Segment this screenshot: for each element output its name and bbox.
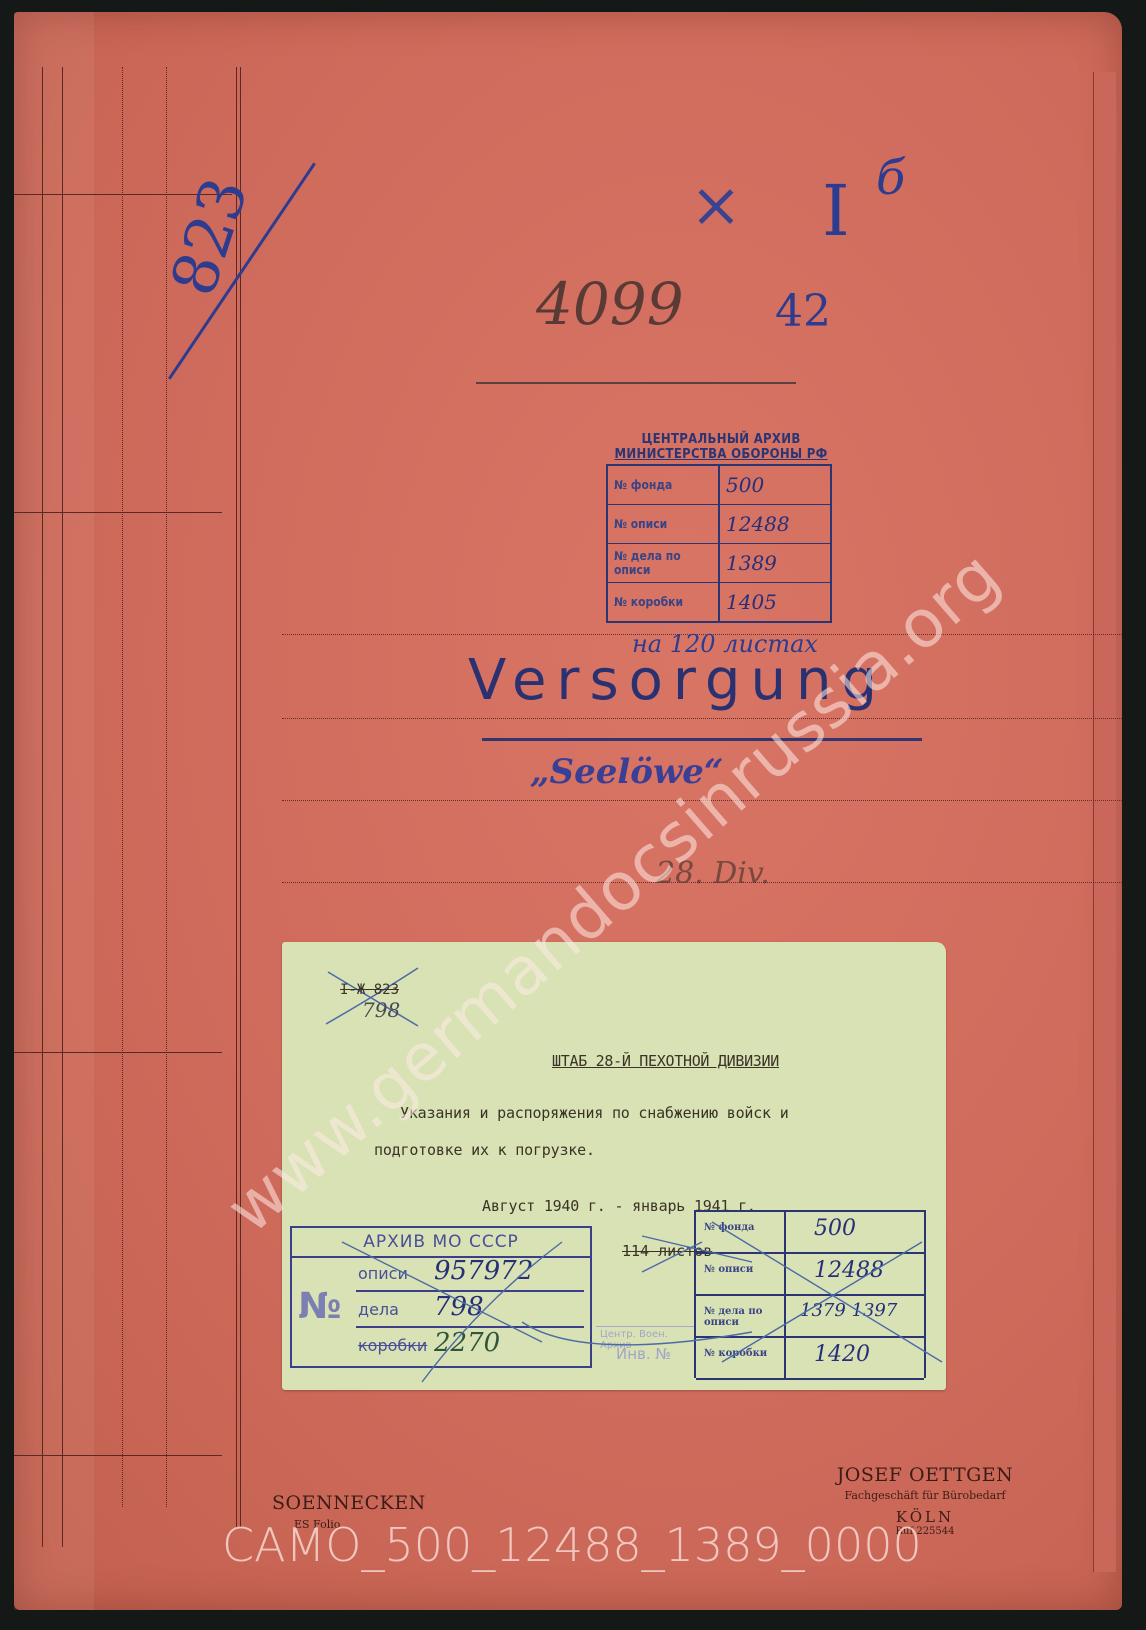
stamp-row: коробки 2270 (356, 1328, 584, 1362)
inventory-stamp: Центр. Воен. Архив Инв. № (596, 1326, 696, 1363)
stamp-label: описи (358, 1264, 408, 1283)
stamp-label: № дела по описи (607, 544, 719, 583)
stamp-value: 1420 (814, 1342, 870, 1367)
stamp-row: № фонда 500 (607, 465, 831, 505)
card-description-line2: подготовке их к погрузке. (374, 1141, 595, 1159)
rule-line (14, 512, 222, 513)
stamp-label: коробки (358, 1336, 427, 1355)
rule-line (240, 67, 241, 1527)
stamp-value: 1379 1397 (800, 1300, 897, 1321)
blue-number: 42 (775, 286, 831, 337)
stamp-value: 957972 (434, 1256, 533, 1286)
rule-line (236, 67, 237, 1527)
rule-line (14, 1455, 222, 1456)
rule-line (14, 1052, 222, 1053)
stamp-table: № фонда 500 № описи 12488 № дела по опис… (606, 464, 832, 623)
stamp-label: дела (358, 1300, 399, 1319)
stamp-row: № дела по описи 1379 1397 (696, 1296, 924, 1338)
stamp-label: № описи (607, 505, 719, 544)
stamp-value: 12488 (719, 505, 831, 544)
stamp-value: 1405 (719, 583, 831, 623)
archive-stamp-mo-ussr: АРХИВ МО СССР № описи 957972 дела 798 ко… (290, 1226, 592, 1368)
stamp-row: № описи 12488 (696, 1254, 924, 1296)
stamp-header-2: МИНИСТЕРСТВА ОБОРОНЫ РФ (606, 447, 836, 462)
rule-line (476, 382, 796, 384)
card-heading: ШТАБ 28-Й ПЕХОТНОЙ ДИВИЗИИ (552, 1052, 779, 1070)
archive-stamp-tsamo: ЦЕНТРАЛЬНЫЙ АРХИВ МИНИСТЕРСТВА ОБОРОНЫ Р… (606, 432, 836, 623)
inventory-stamp-line2: Инв. № (616, 1345, 671, 1363)
rule-line (282, 718, 1122, 719)
archive-stamp-right: № фонда 500 № описи 12488 № дела по опис… (694, 1210, 926, 1378)
stamp-label: № описи (704, 1264, 778, 1275)
stamp-row: дела 798 (356, 1292, 584, 1328)
stamp-value: 2270 (434, 1328, 500, 1358)
title-underline (482, 738, 922, 741)
stamp-label: № фонда (607, 465, 719, 505)
brand-name: SOENNECKEN (272, 1492, 426, 1514)
stamp-row: описи 957972 (356, 1256, 584, 1292)
folder-fold (14, 12, 94, 1610)
stamp-row: № описи 12488 (607, 505, 831, 544)
pencil-number: 4099 (536, 270, 684, 338)
stamp-label: № коробки (607, 583, 719, 623)
stamp-header-1: ЦЕНТРАЛЬНЫЙ АРХИВ (606, 432, 836, 447)
stamp-label: № дела по описи (704, 1306, 778, 1328)
stamp-row: № коробки 1420 (696, 1338, 924, 1380)
brand-name: JOSEF OETTGEN (830, 1464, 1020, 1486)
brand-subtitle: Fachgeschäft für Bürobedarf (830, 1489, 1020, 1502)
stamp-value: 1389 (719, 544, 831, 583)
number-sign-icon: № (298, 1286, 341, 1327)
top-mark-superscript: б (876, 150, 905, 206)
rule-line (122, 67, 123, 1507)
stamp-row: № фонда 500 (696, 1212, 924, 1254)
file-id-watermark: CAMO_500_12488_1389_0000 (222, 1518, 922, 1572)
new-file-number: 798 (362, 998, 400, 1022)
stamp-row: № коробки 1405 (607, 583, 831, 623)
top-mark-x: × (690, 168, 742, 241)
old-file-number: I-Ж 823 (340, 982, 399, 998)
stamp-row: № дела по описи 1389 (607, 544, 831, 583)
stamp-value: 500 (814, 1216, 856, 1241)
top-mark-roman: I (822, 170, 850, 252)
stamp-value: 500 (719, 465, 831, 505)
rule-line (62, 67, 63, 1547)
stamp-value: 12488 (814, 1258, 884, 1283)
rule-line (42, 67, 43, 1547)
stamp-title: АРХИВ МО СССР (292, 1228, 590, 1258)
folder-edge (1093, 72, 1116, 1572)
stamp-value: 798 (434, 1292, 484, 1322)
archive-label-card: I-Ж 823 798 ШТАБ 28-Й ПЕХОТНОЙ ДИВИЗИИ У… (282, 942, 946, 1390)
card-description-line1: Указания и распоряжения по снабжению вой… (400, 1104, 789, 1122)
stamp-label: № фонда (704, 1222, 778, 1233)
stamp-label: № коробки (704, 1348, 778, 1359)
